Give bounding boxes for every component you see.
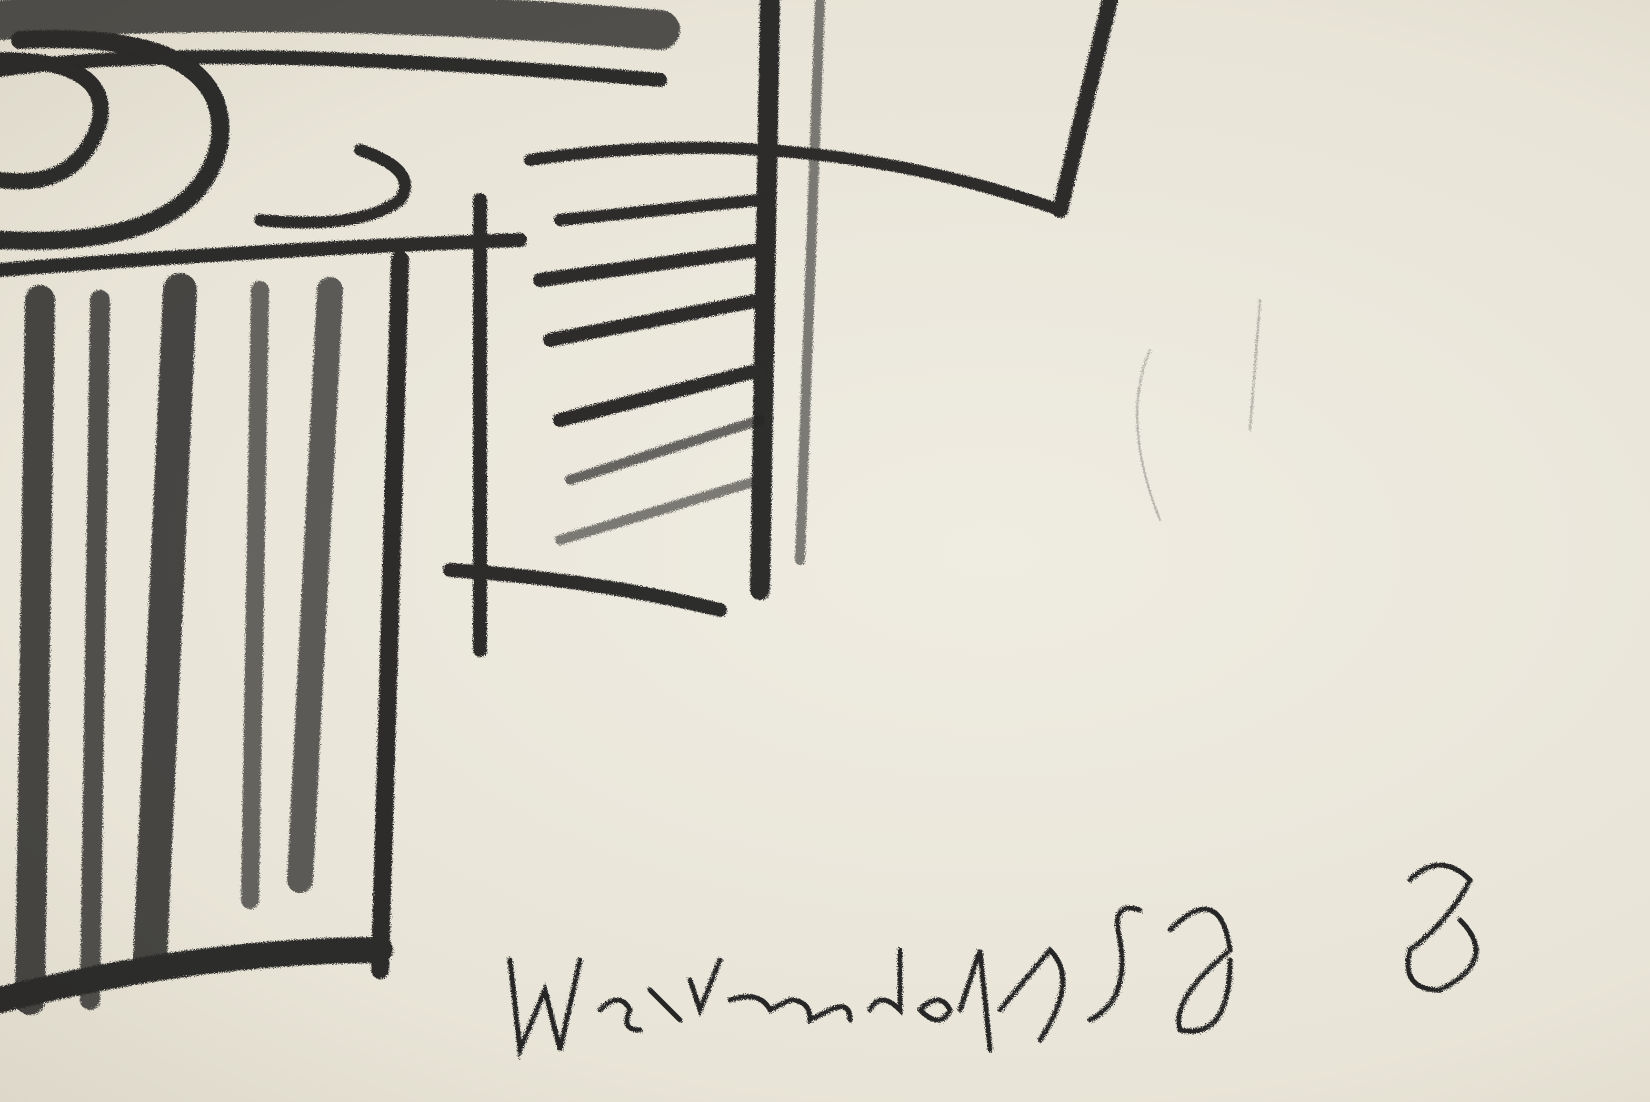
- charcoal-drawing: W. v. Arundolf 48: [0, 0, 1650, 1102]
- drawing-strokes: [0, 0, 1650, 1102]
- signature: [510, 865, 1476, 1050]
